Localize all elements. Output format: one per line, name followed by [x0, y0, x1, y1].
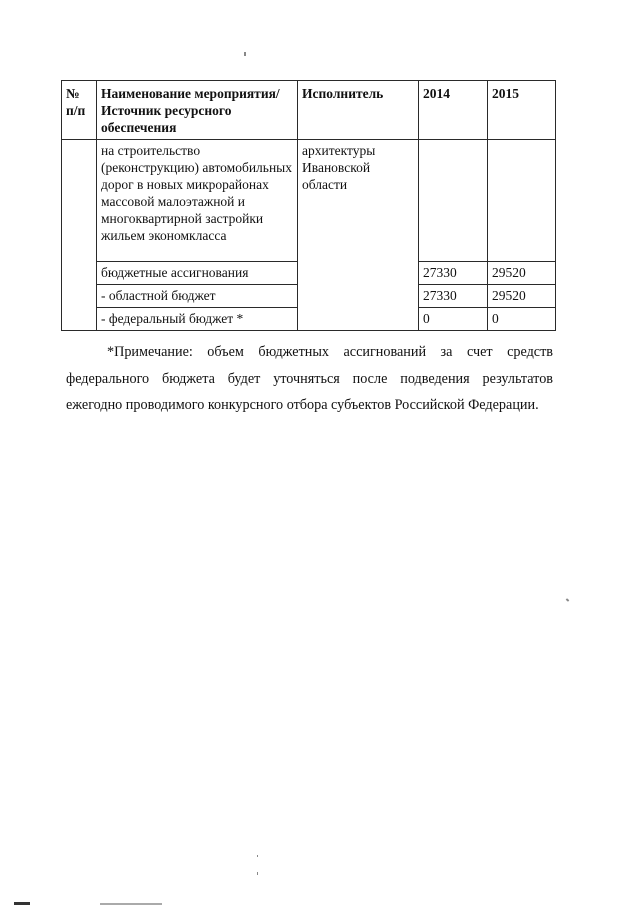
- value-2015: 0: [488, 308, 556, 331]
- executor-cell: архитектуры Ивановской области: [298, 140, 419, 331]
- value-2014: 0: [419, 308, 488, 331]
- num-cell: [62, 140, 97, 331]
- footnote-text: *Примечание: объем бюджетных ассигновани…: [66, 339, 553, 419]
- value-2014: 27330: [419, 285, 488, 308]
- header-year-2014: 2014: [419, 81, 488, 140]
- table-row: на строительство (реконструкцию) автомоб…: [62, 140, 556, 262]
- header-executor: Исполнитель: [298, 81, 419, 140]
- table-header-row: № п/п Наименование мероприятия/ Источник…: [62, 81, 556, 140]
- measure-description: на строительство (реконструкцию) автомоб…: [97, 140, 298, 262]
- source-name: бюджетные ассигнования: [97, 262, 298, 285]
- scan-speck: [257, 855, 258, 857]
- value-2015-empty: [488, 140, 556, 262]
- footnote: *Примечание: объем бюджетных ассигновани…: [66, 339, 553, 419]
- value-2014-empty: [419, 140, 488, 262]
- value-2014: 27330: [419, 262, 488, 285]
- budget-table: № п/п Наименование мероприятия/ Источник…: [61, 80, 556, 331]
- scan-speck: [257, 872, 258, 875]
- document-page: № п/п Наименование мероприятия/ Источник…: [0, 0, 640, 905]
- scan-speck: [244, 52, 246, 56]
- header-num: № п/п: [62, 81, 97, 140]
- source-name: - областной бюджет: [97, 285, 298, 308]
- value-2015: 29520: [488, 262, 556, 285]
- source-name: - федеральный бюджет *: [97, 308, 298, 331]
- header-name: Наименование мероприятия/ Источник ресур…: [97, 81, 298, 140]
- header-year-2015: 2015: [488, 81, 556, 140]
- scan-speck: [566, 598, 570, 601]
- value-2015: 29520: [488, 285, 556, 308]
